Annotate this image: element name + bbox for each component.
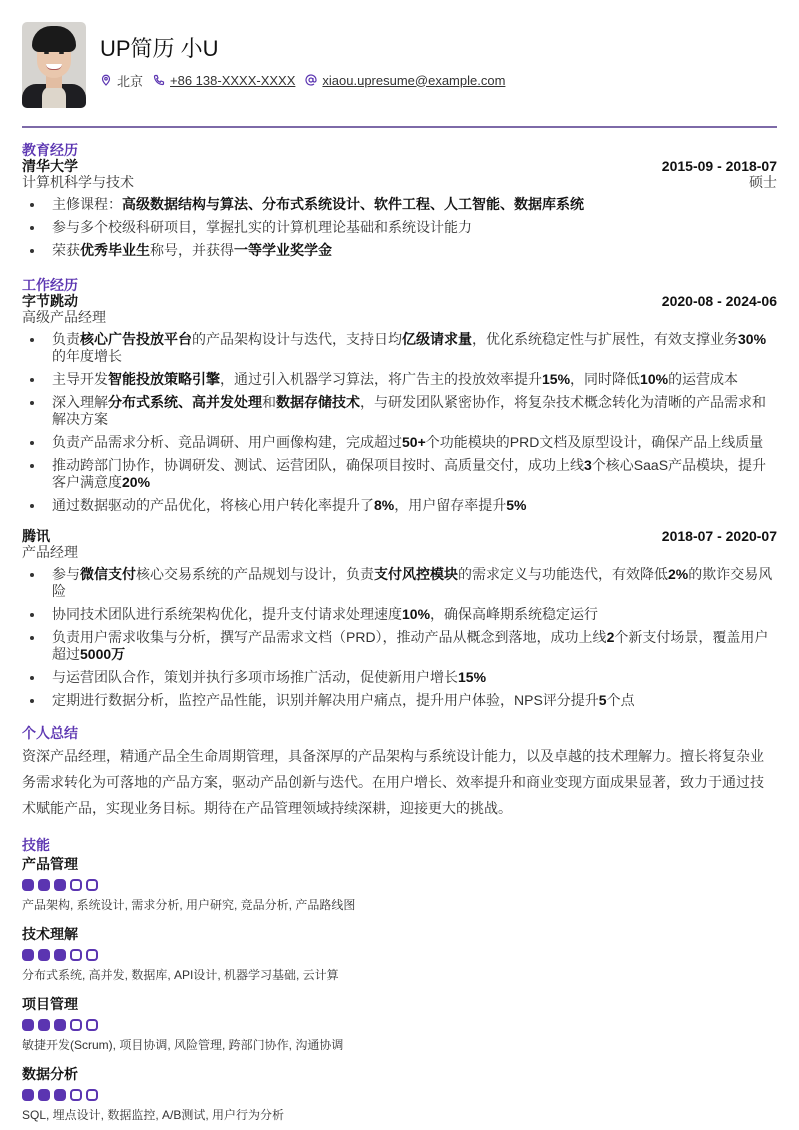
bullet-item: 深入理解分布式系统、高并发处理和数据存储技术，与研发团队紧密协作，将复杂技术概念… (22, 394, 777, 428)
bullet-item: 荣获优秀毕业生称号，并获得一等学业奖学金 (22, 242, 777, 259)
rating-dot-filled-icon (54, 879, 66, 891)
skill-name: 项目管理 (22, 995, 777, 1013)
education-entry: 清华大学 2015-09 - 2018-07 计算机科学与技术 硕士 主修课程：… (22, 158, 777, 259)
work-entry-tencent: 腾讯 2018-07 - 2020-07 产品经理 参与微信支付核心交易系统的产… (22, 528, 777, 709)
rating-dot-filled-icon (38, 1019, 50, 1031)
rating-dot-filled-icon (22, 879, 34, 891)
work-section: 工作经历 字节跳动 2020-08 - 2024-06 高级产品经理 负责核心广… (22, 277, 777, 709)
skills-section: 技能 产品管理产品架构, 系统设计, 需求分析, 用户研究, 竞品分析, 产品路… (22, 837, 777, 1123)
rating-dot-empty-icon (70, 1019, 82, 1031)
rating-dot-filled-icon (38, 1089, 50, 1101)
bullet-item: 参与多个校级科研项目，掌握扎实的计算机理论基础和系统设计能力 (22, 219, 777, 236)
company-name: 腾讯 (22, 528, 50, 544)
skill-name: 产品管理 (22, 855, 777, 873)
summary-text: 资深产品经理，精通产品全生命周期管理，具备深厚的产品架构与系统设计能力，以及卓越… (22, 743, 777, 821)
skill-rating (22, 1019, 777, 1031)
skill-item: 技术理解分布式系统, 高并发, 数据库, API设计, 机器学习基础, 云计算 (22, 925, 777, 983)
resume-page: UP简历 小U 北京 +86 138-XXXX-XXXX xiaou.upres… (0, 0, 799, 1123)
skill-keywords: 分布式系统, 高并发, 数据库, API设计, 机器学习基础, 云计算 (22, 967, 777, 983)
email-link[interactable]: xiaou.upresume@example.com (322, 73, 505, 88)
company-name: 字节跳动 (22, 293, 78, 309)
job-role: 高级产品经理 (22, 309, 106, 325)
bullet-item: 主导开发智能投放策略引擎，通过引入机器学习算法，将广告主的投放效率提升15%，同… (22, 371, 777, 388)
section-title-skills: 技能 (22, 837, 777, 853)
skill-item: 产品管理产品架构, 系统设计, 需求分析, 用户研究, 竞品分析, 产品路线图 (22, 855, 777, 913)
rating-dot-filled-icon (38, 949, 50, 961)
at-sign-icon (305, 74, 317, 86)
rating-dot-empty-icon (86, 879, 98, 891)
contact-email: xiaou.upresume@example.com (305, 73, 505, 88)
location-pin-icon (100, 74, 112, 86)
bullet-item: 主修课程：高级数据结构与算法、分布式系统设计、软件工程、人工智能、数据库系统 (22, 196, 777, 213)
resume-header: UP简历 小U 北京 +86 138-XXXX-XXXX xiaou.upres… (22, 0, 777, 108)
skill-rating (22, 949, 777, 961)
school-name: 清华大学 (22, 158, 78, 174)
rating-dot-filled-icon (54, 1089, 66, 1101)
skill-name: 技术理解 (22, 925, 777, 943)
phone-link[interactable]: +86 138-XXXX-XXXX (170, 73, 295, 88)
bullet-item: 负责用户需求收集与分析，撰写产品需求文档（PRD），推动产品从概念到落地，成功上… (22, 629, 777, 663)
degree: 硕士 (749, 174, 777, 190)
contact-list: 北京 +86 138-XXXX-XXXX xiaou.upresume@exam… (100, 71, 515, 90)
rating-dot-empty-icon (70, 879, 82, 891)
skill-keywords: 敏捷开发(Scrum), 项目协调, 风险管理, 跨部门协作, 沟通协调 (22, 1037, 777, 1053)
bullet-item: 负责核心广告投放平台的产品架构设计与迭代，支持日均亿级请求量，优化系统稳定性与扩… (22, 331, 777, 365)
summary-section: 个人总结 资深产品经理，精通产品全生命周期管理，具备深厚的产品架构与系统设计能力… (22, 725, 777, 821)
skill-name: 数据分析 (22, 1065, 777, 1083)
skill-rating (22, 879, 777, 891)
work-bullets: 负责核心广告投放平台的产品架构设计与迭代，支持日均亿级请求量，优化系统稳定性与扩… (22, 331, 777, 514)
rating-dot-empty-icon (70, 1089, 82, 1101)
education-date: 2015-09 - 2018-07 (662, 158, 777, 174)
avatar (22, 22, 86, 108)
bullet-item: 推动跨部门协作，协调研发、测试、运营团队，确保项目按时、高质量交付，成功上线3个… (22, 457, 777, 491)
skills-list: 产品管理产品架构, 系统设计, 需求分析, 用户研究, 竞品分析, 产品路线图技… (22, 855, 777, 1123)
rating-dot-filled-icon (22, 1089, 34, 1101)
rating-dot-filled-icon (22, 1019, 34, 1031)
bullet-item: 参与微信支付核心交易系统的产品规划与设计，负责支付风控模块的需求定义与功能迭代，… (22, 566, 777, 600)
education-bullets: 主修课程：高级数据结构与算法、分布式系统设计、软件工程、人工智能、数据库系统参与… (22, 196, 777, 259)
candidate-name: UP简历 小U (100, 35, 515, 63)
phone-icon (153, 74, 165, 86)
header-info: UP简历 小U 北京 +86 138-XXXX-XXXX xiaou.upres… (100, 41, 515, 90)
work-date: 2020-08 - 2024-06 (662, 293, 777, 309)
contact-phone: +86 138-XXXX-XXXX (153, 73, 295, 88)
education-section: 教育经历 清华大学 2015-09 - 2018-07 计算机科学与技术 硕士 … (22, 142, 777, 259)
section-title-education: 教育经历 (22, 142, 777, 158)
location-text: 北京 (117, 71, 143, 90)
bullet-item: 通过数据驱动的产品优化，将核心用户转化率提升了8%，用户留存率提升5% (22, 497, 777, 514)
job-role: 产品经理 (22, 544, 78, 560)
work-bullets: 参与微信支付核心交易系统的产品规划与设计，负责支付风控模块的需求定义与功能迭代，… (22, 566, 777, 709)
contact-location: 北京 (100, 71, 143, 90)
section-title-summary: 个人总结 (22, 725, 777, 741)
rating-dot-filled-icon (54, 1019, 66, 1031)
bullet-item: 定期进行数据分析，监控产品性能，识别并解决用户痛点，提升用户体验，NPS评分提升… (22, 692, 777, 709)
bullet-item: 与运营团队合作，策划并执行多项市场推广活动，促使新用户增长15% (22, 669, 777, 686)
rating-dot-empty-icon (86, 1019, 98, 1031)
rating-dot-filled-icon (38, 879, 50, 891)
skill-item: 数据分析SQL, 埋点设计, 数据监控, A/B测试, 用户行为分析 (22, 1065, 777, 1123)
bullet-item: 负责产品需求分析、竞品调研、用户画像构建，完成超过50+个功能模块的PRD文档及… (22, 434, 777, 451)
skill-keywords: 产品架构, 系统设计, 需求分析, 用户研究, 竞品分析, 产品路线图 (22, 897, 777, 913)
rating-dot-empty-icon (70, 949, 82, 961)
rating-dot-filled-icon (22, 949, 34, 961)
work-entry-bytedance: 字节跳动 2020-08 - 2024-06 高级产品经理 负责核心广告投放平台… (22, 293, 777, 514)
rating-dot-empty-icon (86, 949, 98, 961)
major: 计算机科学与技术 (22, 174, 134, 190)
bullet-item: 协同技术团队进行系统架构优化，提升支付请求处理速度10%，确保高峰期系统稳定运行 (22, 606, 777, 623)
skill-keywords: SQL, 埋点设计, 数据监控, A/B测试, 用户行为分析 (22, 1107, 777, 1123)
skill-rating (22, 1089, 777, 1101)
header-divider (22, 126, 777, 128)
rating-dot-filled-icon (54, 949, 66, 961)
work-date: 2018-07 - 2020-07 (662, 528, 777, 544)
section-title-work: 工作经历 (22, 277, 777, 293)
skill-item: 项目管理敏捷开发(Scrum), 项目协调, 风险管理, 跨部门协作, 沟通协调 (22, 995, 777, 1053)
rating-dot-empty-icon (86, 1089, 98, 1101)
